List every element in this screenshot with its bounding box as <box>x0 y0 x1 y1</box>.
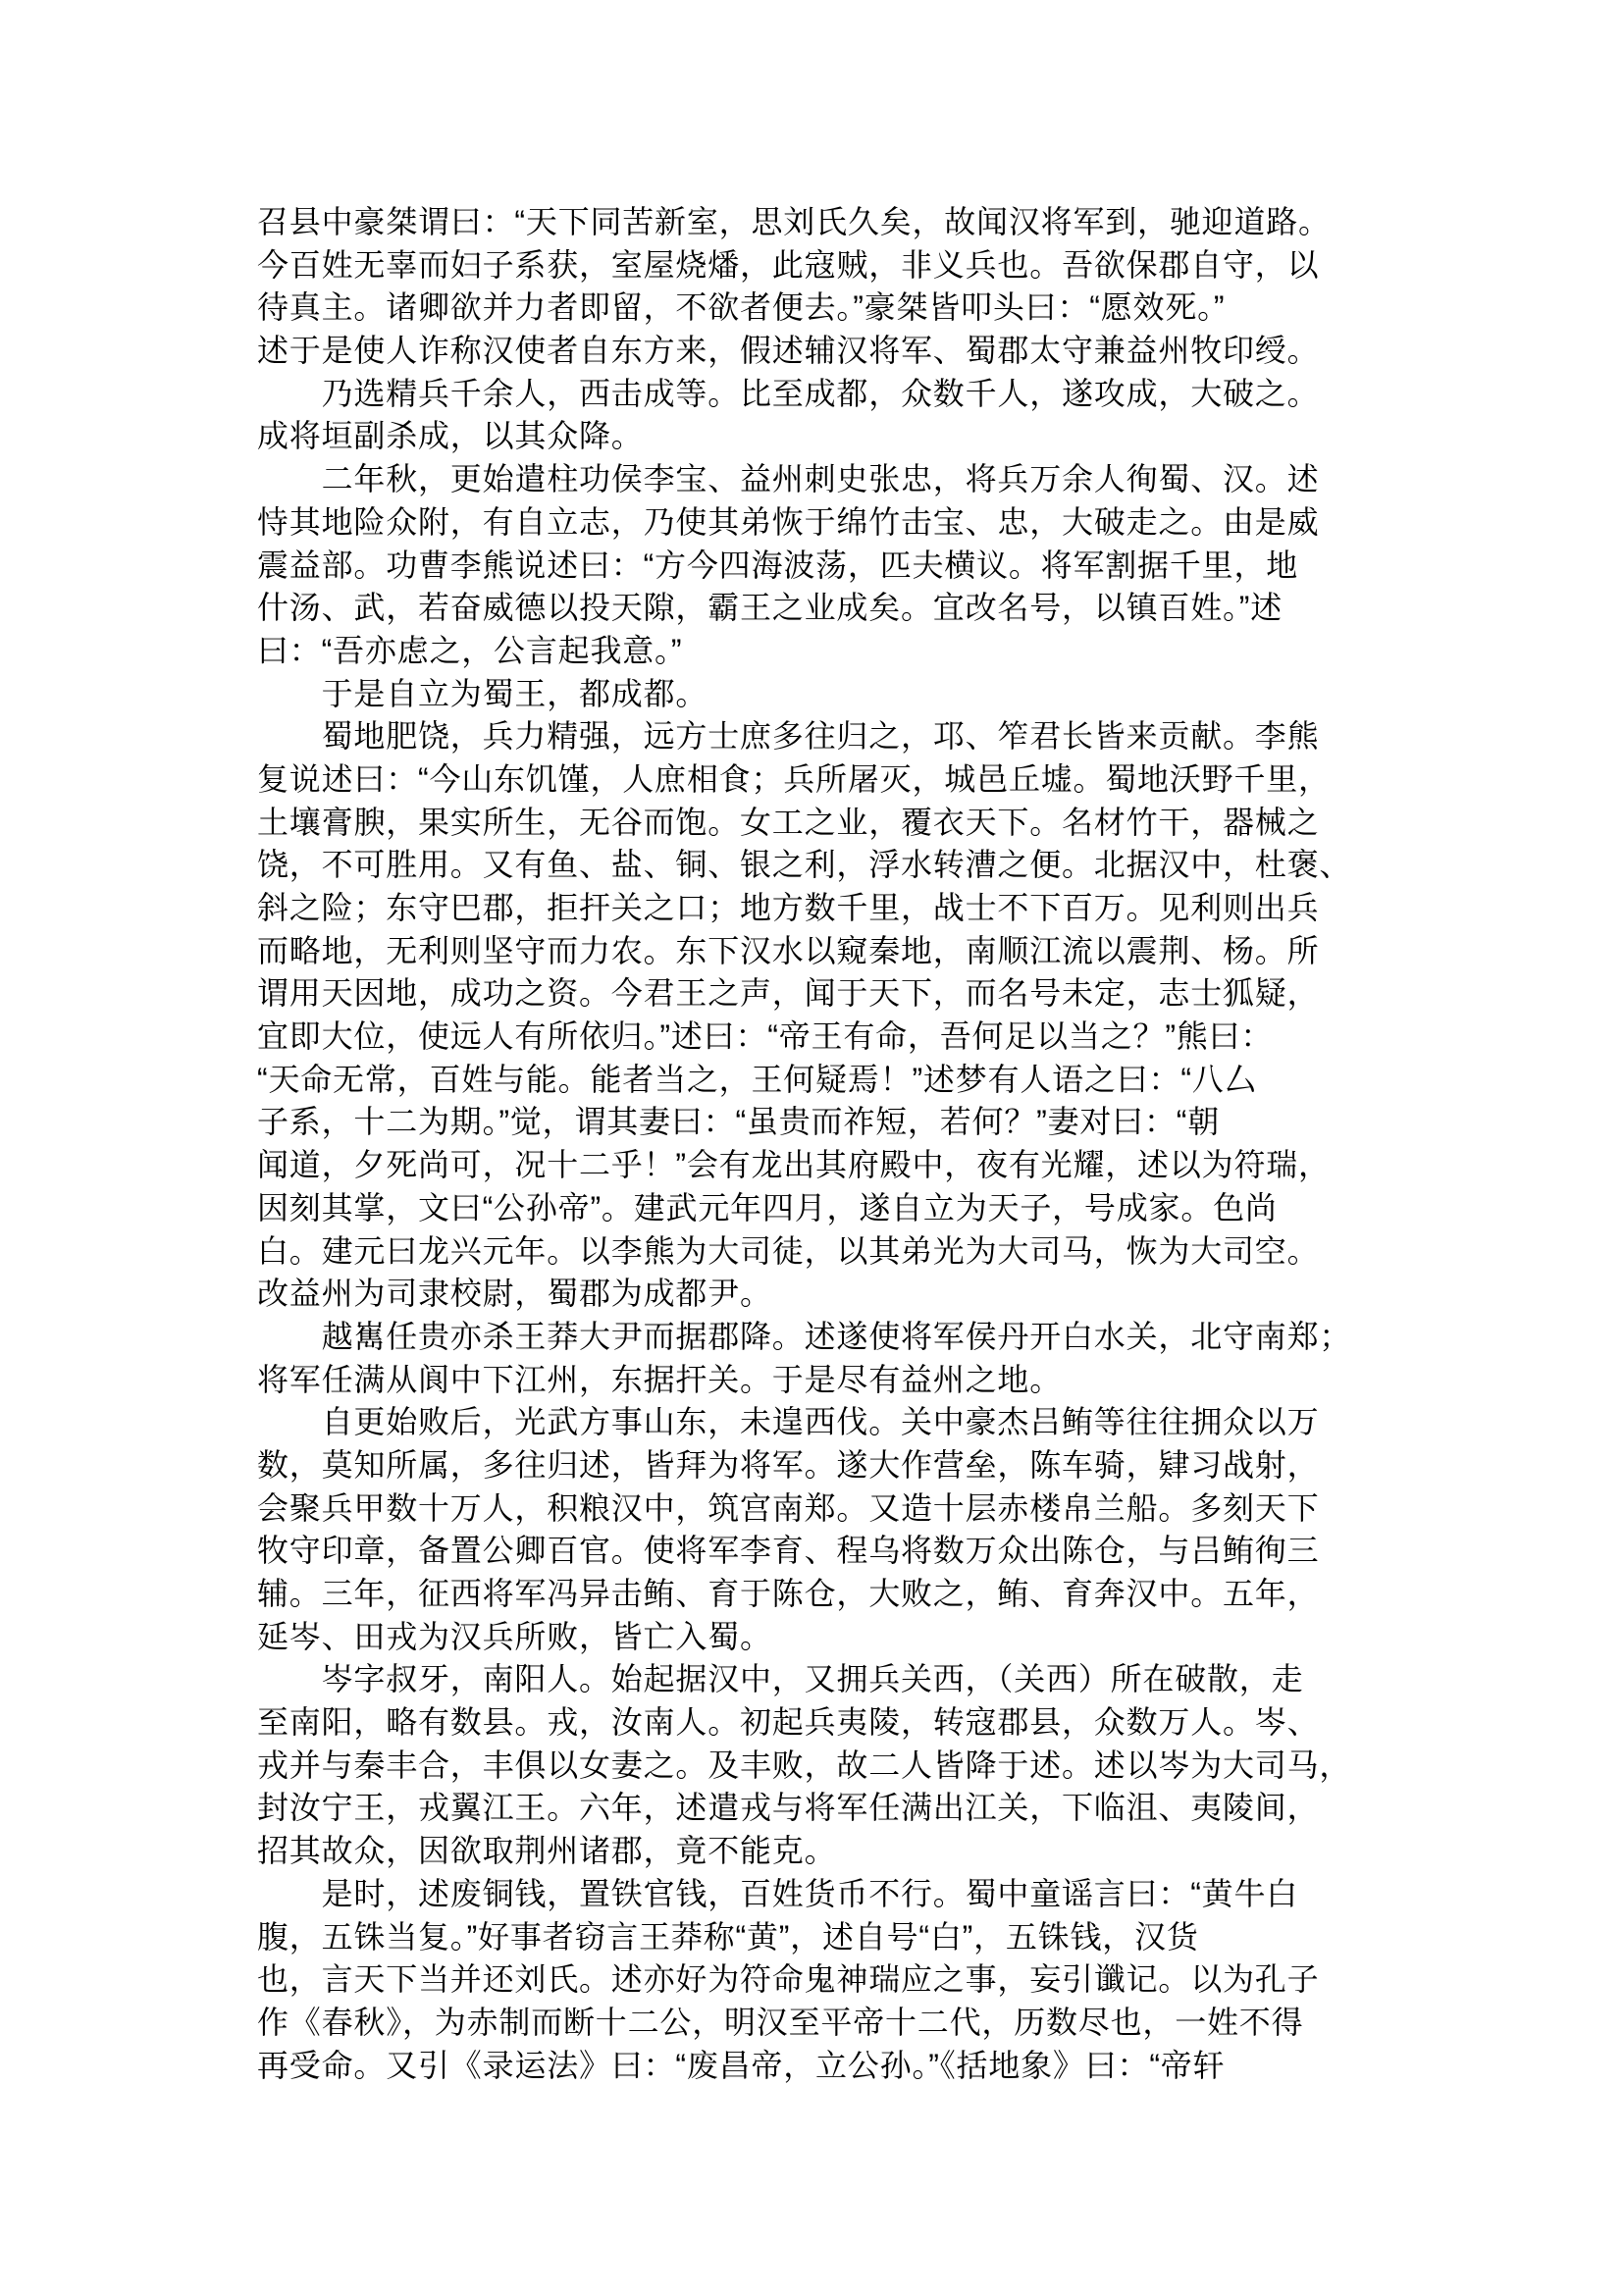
text-line: 腹，五铢当复。”好事者窃言王莽称“黄”，述自号“白”，五铢钱，汉货 <box>257 1916 1366 1959</box>
text-line: 会聚兵甲数十万人，积粮汉中，筑宫南郑。又造十层赤楼帛兰船。多刻天下 <box>257 1487 1366 1531</box>
text-line: 自更始败后，光武方事山东，未遑西伐。关中豪杰吕鲔等往往拥众以万 <box>257 1401 1366 1444</box>
text-line: 曰：“吾亦虑之，公言起我意。” <box>257 630 1366 673</box>
text-line: 复说述曰：“今山东饥馑，人庶相食；兵所屠灭，城邑丘墟。蜀地沃野千里， <box>257 758 1366 802</box>
text-line: 蜀地肥饶，兵力精强，远方士庶多往归之，邛、笮君长皆来贡献。李熊 <box>257 715 1366 758</box>
text-line: 二年秋，更始遣柱功侯李宝、益州刺史张忠，将兵万余人徇蜀、汉。述 <box>257 458 1366 501</box>
text-line: 牧守印章，备置公卿百官。使将军李育、程乌将数万众出陈仓，与吕鲔徇三 <box>257 1530 1366 1573</box>
text-line: 将军任满从阆中下江州，东据扞关。于是尽有益州之地。 <box>257 1359 1366 1402</box>
text-line: 述于是使人诈称汉使者自东方来，假述辅汉将军、蜀郡太守兼益州牧印绶。 <box>257 330 1366 373</box>
text-line: 而略地，无利则坚守而力农。东下汉水以窥秦地，南顺江流以震荆、杨。所 <box>257 930 1366 973</box>
text-line: 作《春秋》，为赤制而断十二公，明汉至平帝十二代，历数尽也，一姓不得 <box>257 2002 1366 2045</box>
text-line: 恃其地险众附，有自立志，乃使其弟恢于绵竹击宝、忠，大破走之。由是威 <box>257 501 1366 545</box>
text-line: 什汤、武，若奋威德以投天隙，霸王之业成矣。宜改名号，以镇百姓。”述 <box>257 587 1366 630</box>
text-line: 乃选精兵千余人，西击成等。比至成都，众数千人，遂攻成，大破之。 <box>257 373 1366 416</box>
text-line: 戎并与秦丰合，丰俱以女妻之。及丰败，故二人皆降于述。述以岑为大司马， <box>257 1745 1366 1788</box>
text-line: 改益州为司隶校尉，蜀郡为成都尹。 <box>257 1273 1366 1316</box>
text-line: 封汝宁王，戎翼江王。六年，述遣戎与将军任满出江关，下临沮、夷陵间， <box>257 1787 1366 1830</box>
text-line: 召县中豪桀谓曰：“天下同苦新室，思刘氏久矣，故闻汉将军到，驰迎道路。 <box>257 201 1366 244</box>
text-line: 至南阳，略有数县。戎，汝南人。初起兵夷陵，转寇郡县，众数万人。岑、 <box>257 1701 1366 1745</box>
text-line: 延岑、田戎为汉兵所败，皆亡入蜀。 <box>257 1616 1366 1659</box>
text-line: 土壤膏腴，果实所生，无谷而饱。女工之业，覆衣天下。名材竹干，器械之 <box>257 802 1366 845</box>
text-block: 召县中豪桀谓曰：“天下同苦新室，思刘氏久矣，故闻汉将军到，驰迎道路。 今百姓无辜… <box>257 201 1366 2087</box>
text-line: 也，言天下当并还刘氏。述亦好为符命鬼神瑞应之事，妄引谶记。以为孔子 <box>257 1958 1366 2002</box>
text-line: 再受命。又引《录运法》曰：“废昌帝，立公孙。”《括地象》曰：“帝轩 <box>257 2045 1366 2088</box>
text-line: 震益部。功曹李熊说述曰：“方今四海波荡，匹夫横议。将军割据千里，地 <box>257 545 1366 588</box>
text-line: 谓用天因地，成功之资。今君王之声，闻于天下，而名号未定，志士狐疑， <box>257 972 1366 1016</box>
document-page: 召县中豪桀谓曰：“天下同苦新室，思刘氏久矣，故闻汉将军到，驰迎道路。 今百姓无辜… <box>0 0 1624 2294</box>
text-line: 辅。三年，征西将军冯异击鲔、育于陈仓，大败之，鲔、育奔汉中。五年， <box>257 1573 1366 1616</box>
text-line: 待真主。诸卿欲并力者即留，不欲者便去。”豪桀皆叩头曰：“愿效死。” <box>257 287 1366 330</box>
text-line: 今百姓无辜而妇子系获，室屋烧燔，此寇贼，非义兵也。吾欲保郡自守，以 <box>257 244 1366 287</box>
text-line: 招其故众，因欲取荆州诸郡，竟不能克。 <box>257 1830 1366 1873</box>
text-line: 数，莫知所属，多往归述，皆拜为将军。遂大作营垒，陈车骑，肄习战射， <box>257 1444 1366 1487</box>
text-line: 因刻其掌，文曰“公孙帝”。建武元年四月，遂自立为天子，号成家。色尚 <box>257 1187 1366 1230</box>
text-line: 斜之险；东守巴郡，拒扞关之口；地方数千里，战士不下百万。见利则出兵 <box>257 887 1366 930</box>
text-line: 饶，不可胜用。又有鱼、盐、铜、银之利，浮水转漕之便。北据汉中，杜褒、 <box>257 844 1366 887</box>
text-line: 子系，十二为期。”觉，谓其妻曰：“虽贵而祚短，若何？”妻对曰：“朝 <box>257 1101 1366 1144</box>
text-line: 岑字叔牙，南阳人。始起据汉中，又拥兵关西，（关西）所在破散，走 <box>257 1658 1366 1701</box>
text-line: 是时，述废铜钱，置铁官钱，百姓货币不行。蜀中童谣言曰：“黄牛白 <box>257 1873 1366 1916</box>
text-line: “天命无常，百姓与能。能者当之，王何疑焉！”述梦有人语之曰：“八厶 <box>257 1059 1366 1102</box>
text-line: 越嶲任贵亦杀王莽大尹而据郡降。述遂使将军侯丹开白水关，北守南郑； <box>257 1316 1366 1359</box>
text-line: 宜即大位，使远人有所依归。”述曰：“帝王有命，吾何足以当之？”熊曰： <box>257 1016 1366 1059</box>
text-line: 白。建元曰龙兴元年。以李熊为大司徒，以其弟光为大司马，恢为大司空。 <box>257 1230 1366 1274</box>
text-line: 成将垣副杀成，以其众降。 <box>257 415 1366 458</box>
text-line: 闻道，夕死尚可，况十二乎！”会有龙出其府殿中，夜有光耀，述以为符瑞， <box>257 1144 1366 1187</box>
text-line: 于是自立为蜀王，都成都。 <box>257 673 1366 716</box>
